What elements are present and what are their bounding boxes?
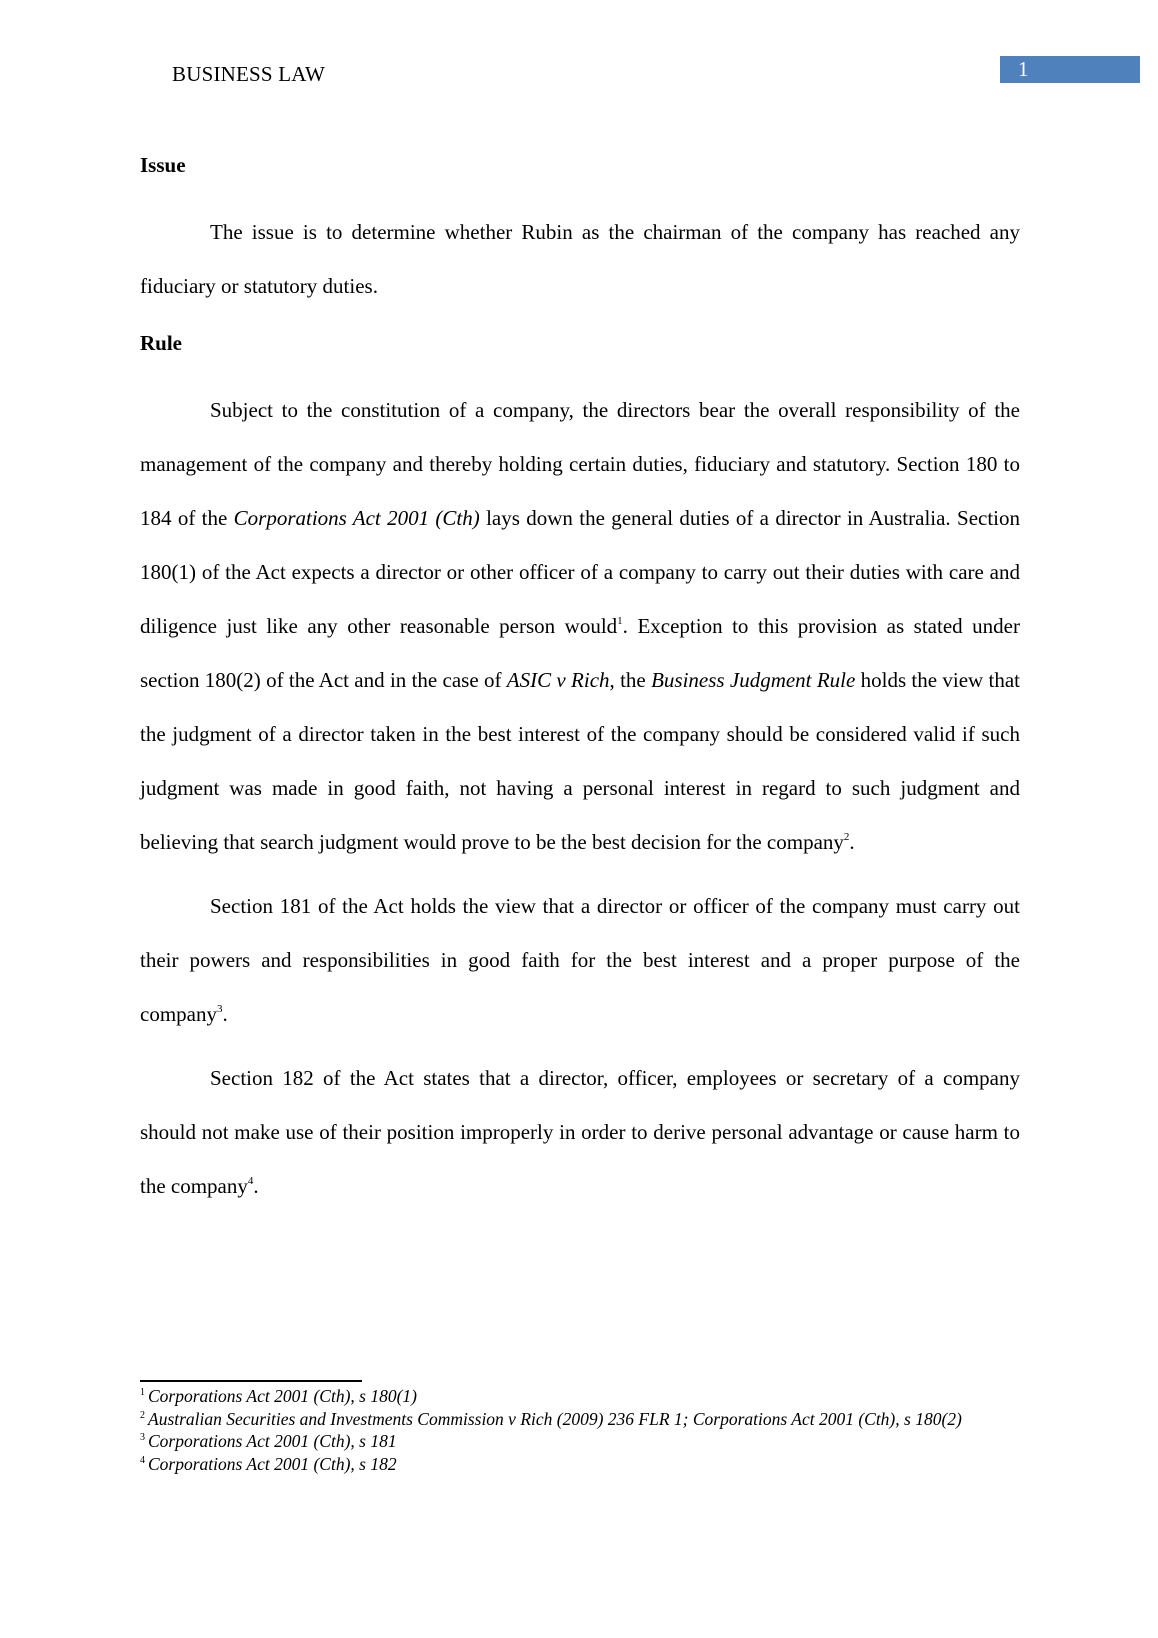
rule-paragraph-1: Subject to the constitution of a company… bbox=[140, 383, 1020, 869]
text-run: , the bbox=[610, 668, 652, 692]
heading-issue: Issue bbox=[140, 145, 1020, 185]
footnote-number: 3 bbox=[140, 1432, 145, 1443]
case-name-italic: ASIC v Rich bbox=[507, 668, 610, 692]
footnote-4: 4Corporations Act 2001 (Cth), s 182 bbox=[140, 1453, 1020, 1476]
footnote-1: 1Corporations Act 2001 (Cth), s 180(1) bbox=[140, 1385, 1020, 1408]
footnote-2: 2Australian Securities and Investments C… bbox=[140, 1408, 1020, 1431]
footnote-number: 4 bbox=[140, 1455, 145, 1466]
running-header-title: BUSINESS LAW bbox=[172, 62, 325, 87]
footnote-3: 3Corporations Act 2001 (Cth), s 181 bbox=[140, 1430, 1020, 1453]
footnote-text: Corporations Act 2001 (Cth), s 180(1) bbox=[148, 1386, 417, 1406]
document-body: Issue The issue is to determine whether … bbox=[140, 145, 1020, 1213]
footnote-text: Corporations Act 2001 (Cth), s 182 bbox=[148, 1454, 397, 1474]
footnote-number: 2 bbox=[140, 1410, 145, 1421]
footnote-separator bbox=[140, 1380, 362, 1382]
rule-paragraph-2: Section 181 of the Act holds the view th… bbox=[140, 879, 1020, 1041]
footnote-number: 1 bbox=[140, 1387, 145, 1398]
text-run: Section 181 of the Act holds the view th… bbox=[140, 894, 1020, 1026]
issue-paragraph: The issue is to determine whether Rubin … bbox=[140, 205, 1020, 313]
page-number-badge: 1 bbox=[1000, 56, 1140, 83]
text-run: Section 182 of the Act states that a dir… bbox=[140, 1066, 1020, 1198]
text-run: . bbox=[849, 830, 854, 854]
act-citation-italic: Corporations Act 2001 (Cth) bbox=[234, 506, 480, 530]
footnote-text: Corporations Act 2001 (Cth), s 181 bbox=[148, 1431, 397, 1451]
footnotes: 1Corporations Act 2001 (Cth), s 180(1) 2… bbox=[140, 1385, 1020, 1475]
text-run: . bbox=[253, 1174, 258, 1198]
heading-rule: Rule bbox=[140, 323, 1020, 363]
page-number: 1 bbox=[1018, 57, 1029, 81]
rule-name-italic: Business Judgment Rule bbox=[651, 668, 855, 692]
rule-paragraph-3: Section 182 of the Act states that a dir… bbox=[140, 1051, 1020, 1213]
text-run: . bbox=[222, 1002, 227, 1026]
footnote-text: Australian Securities and Investments Co… bbox=[148, 1409, 962, 1429]
text-run: holds the view that the judgment of a di… bbox=[140, 668, 1020, 854]
